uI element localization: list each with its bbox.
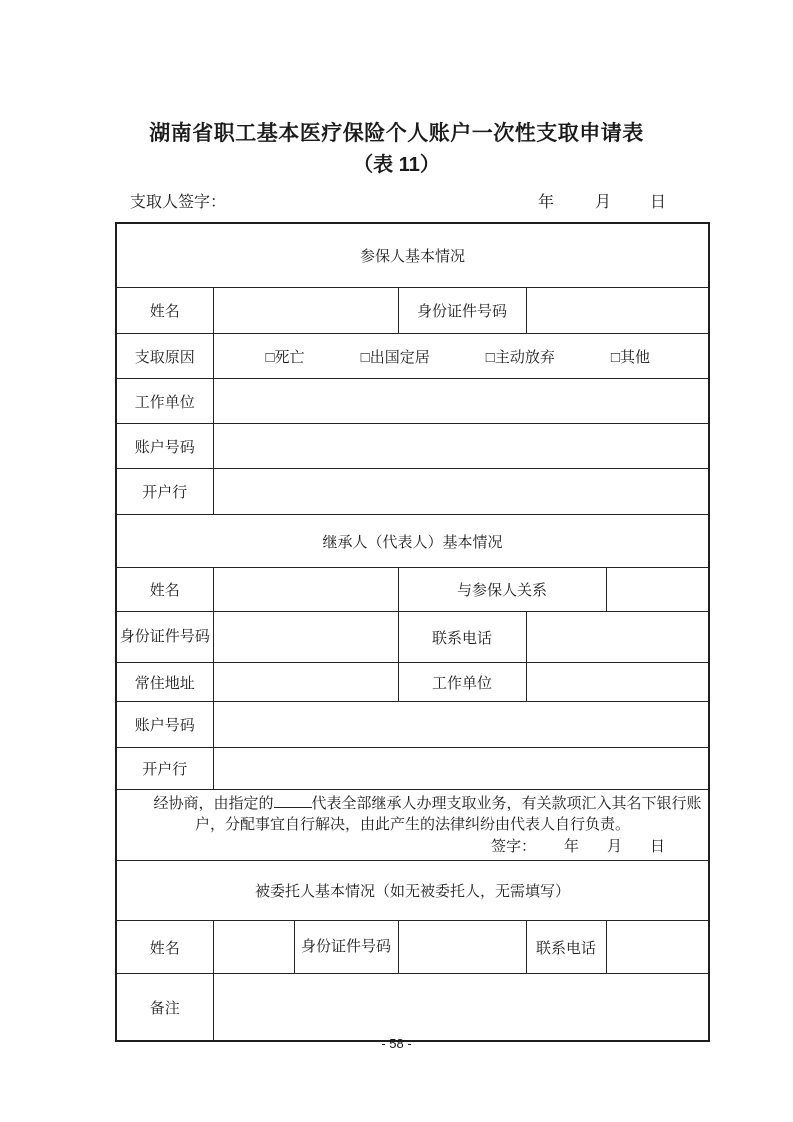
section3-header: 被委托人基本情况（如无被委托人，无需填写）: [116, 861, 709, 921]
s3-notes-label: 备注: [116, 974, 213, 1042]
s1-id-value-cell[interactable]: [526, 288, 709, 334]
s1-bank-label: 开户行: [116, 469, 213, 515]
s3-name-label: 姓名: [116, 921, 213, 974]
s2-address-value-cell[interactable]: [213, 663, 398, 702]
s1-account-number-value-cell[interactable]: [213, 424, 709, 469]
year-label: 年: [538, 189, 554, 212]
s2-bank-label: 开户行: [116, 748, 213, 790]
s1-work-unit-value-cell[interactable]: [213, 379, 709, 424]
agreement-cell: 经协商，由指定的代表全部继承人办理支取业务，有关款项汇入其名下银行账户，分配事宜…: [116, 790, 709, 861]
s2-address-label: 常住地址: [116, 663, 213, 702]
s2-relation-label: 与参保人关系: [398, 568, 606, 612]
section1-header: 参保人基本情况: [116, 223, 709, 288]
agreement-text-before-blank: 经协商，由指定的: [153, 796, 273, 812]
agreement-sign-line: 签字： 年 月 日: [119, 837, 706, 858]
agreement-day-label: 日: [650, 837, 665, 858]
application-form-table: 参保人基本情况 姓名 身份证件号码 支取原因 □死亡 □出国定居 □主动放弃 □…: [115, 222, 710, 1042]
s1-id-label: 身份证件号码: [398, 288, 526, 334]
s2-phone-label: 联系电话: [398, 612, 526, 663]
checkbox-option-death[interactable]: □死亡: [266, 346, 305, 367]
month-label: 月: [595, 189, 611, 212]
s2-id-value-cell[interactable]: [213, 612, 398, 663]
s2-work-unit-value-cell[interactable]: [526, 663, 709, 702]
document-page: { "page": { "title": "湖南省职工基本医疗保险个人账户一次性…: [0, 0, 793, 1122]
s3-name-value-cell[interactable]: [213, 921, 294, 974]
s2-id-label: 身份证件号码: [116, 612, 213, 663]
s2-name-value-cell[interactable]: [213, 568, 398, 612]
day-label: 日: [650, 189, 666, 212]
s2-relation-value-cell[interactable]: [606, 568, 709, 612]
s3-id-value-cell[interactable]: [398, 921, 526, 974]
s1-name-label: 姓名: [116, 288, 213, 334]
s1-reason-label: 支取原因: [116, 334, 213, 379]
s1-reason-options-cell: □死亡 □出国定居 □主动放弃 □其他: [213, 334, 709, 379]
payee-signature-line: 支取人签字： 年 月 日: [0, 189, 793, 213]
checkbox-option-emigration[interactable]: □出国定居: [361, 346, 430, 367]
s3-id-label: 身份证件号码: [294, 921, 398, 974]
agreement-sign-label: 签字：: [491, 837, 536, 858]
s1-bank-value-cell[interactable]: [213, 469, 709, 515]
s2-account-number-value-cell[interactable]: [213, 702, 709, 748]
s1-name-value-cell[interactable]: [213, 288, 398, 334]
s3-phone-value-cell[interactable]: [606, 921, 709, 974]
s3-notes-value-cell[interactable]: [213, 974, 709, 1042]
agreement-text: 经协商，由指定的代表全部继承人办理支取业务，有关款项汇入其名下银行账户，分配事宜…: [119, 792, 706, 836]
s2-work-unit-label: 工作单位: [398, 663, 526, 702]
page-number: - 58 -: [0, 1036, 793, 1051]
agreement-year-label: 年: [564, 837, 579, 858]
s2-bank-value-cell[interactable]: [213, 748, 709, 790]
checkbox-option-voluntary-waiver[interactable]: □主动放弃: [486, 346, 555, 367]
page-subtitle: （表 11）: [0, 150, 793, 180]
s2-phone-value-cell[interactable]: [526, 612, 709, 663]
payee-signature-label: 支取人签字：: [130, 189, 226, 212]
s2-name-label: 姓名: [116, 568, 213, 612]
s3-phone-label: 联系电话: [526, 921, 606, 974]
s1-work-unit-label: 工作单位: [116, 379, 213, 424]
section2-header: 继承人（代表人）基本情况: [116, 515, 709, 568]
page-title: 湖南省职工基本医疗保险个人账户一次性支取申请表: [0, 119, 793, 149]
checkbox-option-other[interactable]: □其他: [611, 346, 650, 367]
representative-name-blank[interactable]: [274, 792, 312, 808]
s2-account-number-label: 账户号码: [116, 702, 213, 748]
agreement-month-label: 月: [607, 837, 622, 858]
s1-account-number-label: 账户号码: [116, 424, 213, 469]
